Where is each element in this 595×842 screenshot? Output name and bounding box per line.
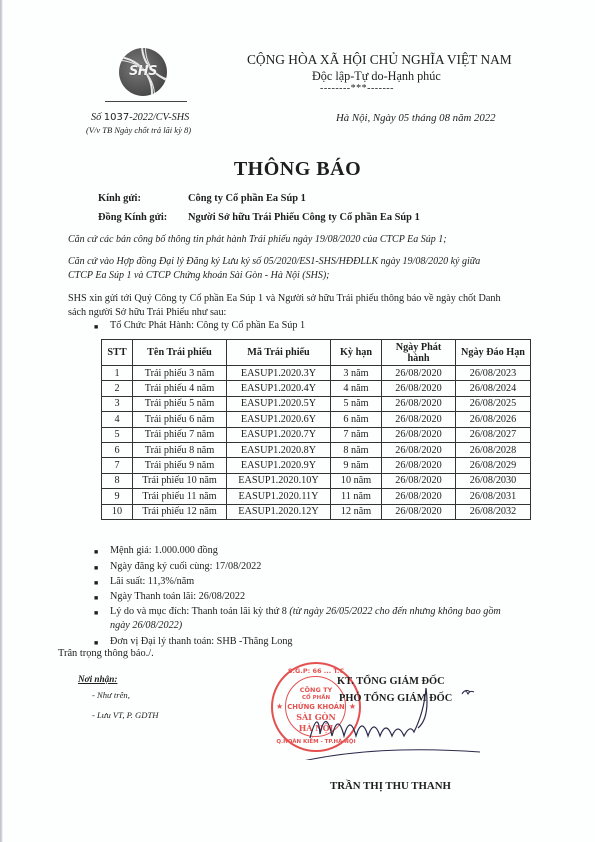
issuer-bullet: Tổ Chức Phát Hành: Công ty Cổ phần Ea Sú…: [110, 320, 305, 331]
table-cell: EASUP1.2020.5Y: [227, 396, 331, 411]
bullet-icon: ■: [94, 323, 98, 331]
table-cell: 8 năm: [331, 442, 382, 457]
table-cell: 26/08/2025: [456, 396, 531, 411]
table-cell: 26/08/2026: [456, 412, 531, 427]
table-header-cell: Mã Trái phiếu: [227, 340, 331, 366]
table-cell: Trái phiếu 5 năm: [133, 396, 227, 411]
table-cell: EASUP1.2020.4Y: [227, 381, 331, 396]
detail-item: Lý do và mục đích: Thanh toán lãi kỳ thứ…: [110, 606, 501, 617]
page-edge: [0, 0, 3, 842]
basis-line: Căn cứ các bản công bố thông tin phát hà…: [68, 234, 447, 245]
signer-name: TRẦN THỊ THU THANH: [330, 780, 451, 792]
cc-recipient-label: Đồng Kính gửi:: [98, 212, 167, 223]
table-cell: EASUP1.2020.12Y: [227, 504, 331, 519]
table-cell: 26/08/2028: [456, 442, 531, 457]
basis-line: CTCP Ea Súp 1 và CTCP Chứng khoán Sài Gò…: [68, 270, 329, 281]
table-cell: 26/08/2020: [382, 489, 456, 504]
document-title: THÔNG BÁO: [0, 158, 595, 181]
table-cell: 7 năm: [331, 427, 382, 442]
table-cell: 4 năm: [331, 381, 382, 396]
table-cell: 10: [102, 504, 133, 519]
table-header-cell: Tên Trái phiếu: [133, 340, 227, 366]
table-row: 5Trái phiếu 7 nămEASUP1.2020.7Y7 năm26/0…: [102, 427, 531, 442]
intro-line: sách người Sở hữu Trái Phiếu như sau:: [68, 307, 226, 318]
table-row: 10Trái phiếu 12 nămEASUP1.2020.12Y12 năm…: [102, 504, 531, 519]
detail-item: Lãi suất: 11,3%/năm: [110, 576, 194, 587]
table-header-cell: Ngày Pháthành: [382, 340, 456, 366]
table-cell: 9: [102, 489, 133, 504]
table-cell: 12 năm: [331, 504, 382, 519]
table-cell: 8: [102, 473, 133, 488]
table-cell: 26/08/2027: [456, 427, 531, 442]
table-cell: Trái phiếu 12 năm: [133, 504, 227, 519]
table-cell: EASUP1.2020.8Y: [227, 442, 331, 457]
bullet-icon: ■: [94, 548, 98, 556]
table-cell: Trái phiếu 4 năm: [133, 381, 227, 396]
table-row: 6Trái phiếu 8 nămEASUP1.2020.8Y8 năm26/0…: [102, 442, 531, 457]
table-header-row: STTTên Trái phiếuMã Trái phiếuKỳ hạnNgày…: [102, 340, 531, 366]
table-cell: 26/08/2020: [382, 427, 456, 442]
closing-line: Trân trọng thông báo./.: [58, 648, 154, 659]
table-cell: EASUP1.2020.11Y: [227, 489, 331, 504]
table-cell: 26/08/2020: [382, 504, 456, 519]
nation-heading: CỘNG HÒA XÃ HỘI CHỦ NGHĨA VIỆT NAM: [247, 52, 512, 68]
bullet-icon: ■: [94, 609, 98, 617]
table-cell: 6 năm: [331, 412, 382, 427]
cc-recipient-value: Người Sở hữu Trái Phiếu Công ty Cổ phần …: [188, 212, 420, 223]
table-body: 1Trái phiếu 3 nămEASUP1.2020.3Y3 năm26/0…: [102, 366, 531, 520]
table-cell: Trái phiếu 3 năm: [133, 366, 227, 381]
table-cell: 10 năm: [331, 473, 382, 488]
detail-item: Mệnh giá: 1.000.000 đồng: [110, 545, 218, 556]
table-cell: Trái phiếu 9 năm: [133, 458, 227, 473]
table-row: 8Trái phiếu 10 nămEASUP1.2020.10Y10 năm2…: [102, 473, 531, 488]
table-header-cell: Ngày Đáo Hạn: [456, 340, 531, 366]
detail-item: Đơn vị Đại lý thanh toán: SHB -Thăng Lon…: [110, 636, 293, 647]
table-cell: 26/08/2020: [382, 473, 456, 488]
detail-item: Ngày Thanh toán lãi: 26/08/2022: [110, 591, 245, 602]
motto-separator: --------***-------: [320, 83, 394, 94]
handwritten-number: 1037: [104, 112, 129, 123]
recipients-label: Nơi nhận:: [78, 674, 117, 684]
intro-line: SHS xin gửi tới Quý Công ty Cổ phần Ea S…: [68, 293, 501, 304]
shs-logo: SHS: [119, 48, 167, 96]
table-cell: 26/08/2020: [382, 442, 456, 457]
document-date: Hà Nội, Ngày 05 tháng 08 năm 2022: [336, 112, 496, 124]
table-cell: EASUP1.2020.9Y: [227, 458, 331, 473]
table-cell: 26/08/2023: [456, 366, 531, 381]
table-cell: EASUP1.2020.3Y: [227, 366, 331, 381]
table-cell: 26/08/2020: [382, 381, 456, 396]
table-cell: 5: [102, 427, 133, 442]
table-cell: 26/08/2024: [456, 381, 531, 396]
recipients-item: - Lưu VT, P. GDTH: [92, 710, 158, 720]
table-cell: 6: [102, 442, 133, 457]
table-cell: 26/08/2020: [382, 396, 456, 411]
logo-text: SHS: [122, 64, 164, 79]
bullet-icon: ■: [94, 579, 98, 587]
logo-underline: [105, 101, 187, 102]
table-cell: Trái phiếu 7 năm: [133, 427, 227, 442]
table-cell: 3 năm: [331, 366, 382, 381]
table-row: 3Trái phiếu 5 nămEASUP1.2020.5Y5 năm26/0…: [102, 396, 531, 411]
handwritten-signature: [280, 680, 480, 760]
table-header-cell: STT: [102, 340, 133, 366]
table-cell: 7: [102, 458, 133, 473]
table-cell: 26/08/2032: [456, 504, 531, 519]
table-cell: Trái phiếu 8 năm: [133, 442, 227, 457]
table-row: 7Trái phiếu 9 nămEASUP1.2020.9Y9 năm26/0…: [102, 458, 531, 473]
table-cell: 11 năm: [331, 489, 382, 504]
table-cell: 4: [102, 412, 133, 427]
table-cell: Trái phiếu 6 năm: [133, 412, 227, 427]
table-header-cell: Kỳ hạn: [331, 340, 382, 366]
detail-item: Ngày đăng ký cuối cùng: 17/08/2022: [110, 561, 261, 572]
bullet-icon: ■: [94, 594, 98, 602]
document-subject: (V/v TB Ngày chốt trả lãi kỳ 8): [86, 125, 191, 135]
table-cell: 1: [102, 366, 133, 381]
nation-motto: Độc lập-Tự do-Hạnh phúc: [312, 69, 441, 84]
table-cell: EASUP1.2020.10Y: [227, 473, 331, 488]
table-cell: 26/08/2029: [456, 458, 531, 473]
recipient-value: Công ty Cổ phần Ea Súp 1: [188, 193, 306, 204]
recipients-item: - Như trên,: [92, 690, 130, 700]
table-cell: Trái phiếu 11 năm: [133, 489, 227, 504]
table-cell: EASUP1.2020.7Y: [227, 427, 331, 442]
table-row: 2Trái phiếu 4 nămEASUP1.2020.4Y4 năm26/0…: [102, 381, 531, 396]
basis-line: Căn cứ vào Hợp đồng Đại lý Đăng ký Lưu k…: [68, 256, 480, 267]
table-row: 9Trái phiếu 11 nămEASUP1.2020.11Y11 năm2…: [102, 489, 531, 504]
detail-item-continued: ngày 26/08/2022): [110, 620, 182, 631]
table-cell: 3: [102, 396, 133, 411]
table-cell: 9 năm: [331, 458, 382, 473]
table-cell: EASUP1.2020.6Y: [227, 412, 331, 427]
table-cell: 2: [102, 381, 133, 396]
table-cell: Trái phiếu 10 năm: [133, 473, 227, 488]
document-number: Số 1037-2022/CV-SHS: [91, 112, 189, 123]
table-row: 1Trái phiếu 3 nămEASUP1.2020.3Y3 năm26/0…: [102, 366, 531, 381]
table-cell: 26/08/2031: [456, 489, 531, 504]
table-cell: 5 năm: [331, 396, 382, 411]
bullet-icon: ■: [94, 639, 98, 647]
bullet-icon: ■: [94, 564, 98, 572]
recipient-label: Kính gửi:: [98, 193, 141, 204]
table-cell: 26/08/2030: [456, 473, 531, 488]
table-cell: 26/08/2020: [382, 366, 456, 381]
bonds-table: STTTên Trái phiếuMã Trái phiếuKỳ hạnNgày…: [101, 339, 531, 520]
table-cell: 26/08/2020: [382, 458, 456, 473]
table-row: 4Trái phiếu 6 nămEASUP1.2020.6Y6 năm26/0…: [102, 412, 531, 427]
table-cell: 26/08/2020: [382, 412, 456, 427]
